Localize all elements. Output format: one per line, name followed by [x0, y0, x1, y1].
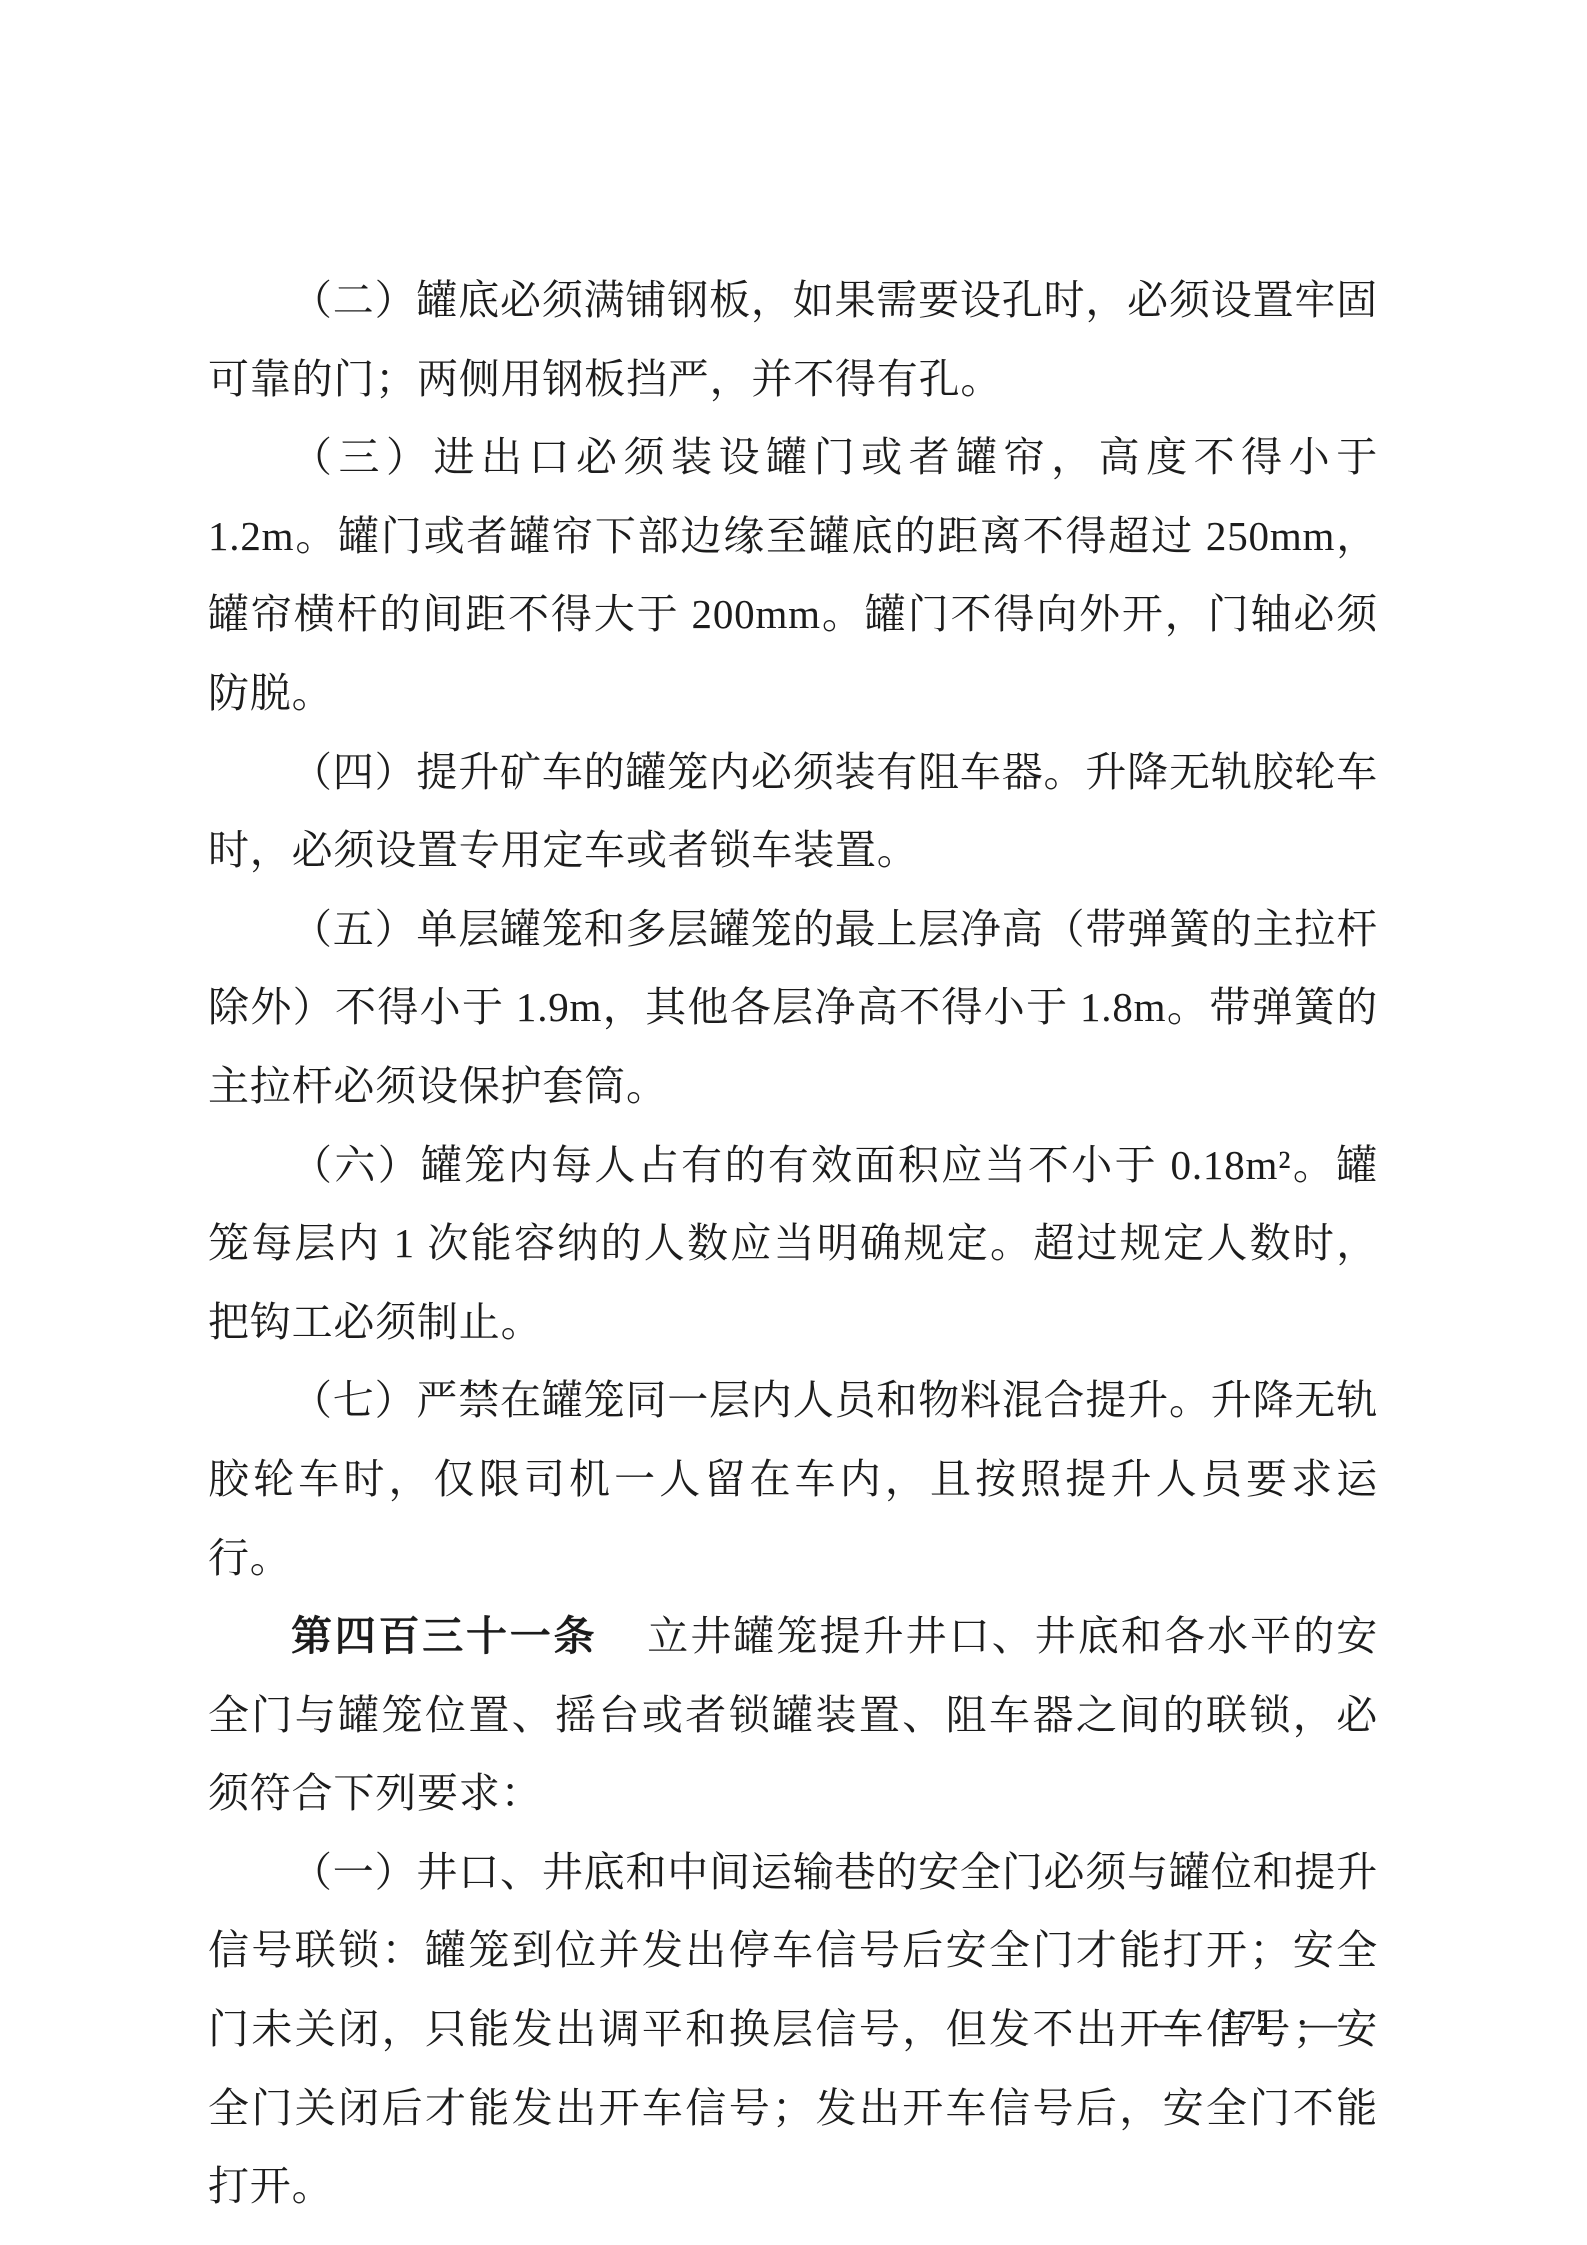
- clause-text: （六）罐笼内每人占有的有效面积应当不小于 0.18m²。罐笼每层内 1 次能容纳…: [208, 1142, 1378, 1345]
- footer-left-dash: —: [1157, 2002, 1193, 2044]
- document-page: （二）罐底必须满铺钢板，如果需要设孔时，必须设置牢固可靠的门；两侧用钢板挡严，并…: [0, 0, 1587, 2245]
- clause-text: （三）进出口必须装设罐门或者罐帘，高度不得小于 1.2m。罐门或者罐帘下部边缘至…: [208, 434, 1378, 716]
- clause-item-4: （四）提升矿车的罐笼内必须装有阻车器。升降无轨胶轮车时，必须设置专用定车或者锁车…: [208, 733, 1378, 890]
- clause-item-2: （二）罐底必须满铺钢板，如果需要设孔时，必须设置牢固可靠的门；两侧用钢板挡严，并…: [208, 261, 1378, 418]
- clause-text: （二）罐底必须满铺钢板，如果需要设孔时，必须设置牢固可靠的门；两侧用钢板挡严，并…: [208, 277, 1378, 402]
- clause-text: （五）单层罐笼和多层罐笼的最上层净高（带弹簧的主拉杆除外）不得小于 1.9m，其…: [208, 906, 1378, 1109]
- clause-item-3: （三）进出口必须装设罐门或者罐帘，高度不得小于 1.2m。罐门或者罐帘下部边缘至…: [208, 418, 1378, 732]
- page-number: 171: [1220, 2002, 1274, 2044]
- clause-item-7: （七）严禁在罐笼同一层内人员和物料混合提升。升降无轨胶轮车时，仅限司机一人留在车…: [208, 1361, 1378, 1597]
- clause-text: （七）严禁在罐笼同一层内人员和物料混合提升。升降无轨胶轮车时，仅限司机一人留在车…: [208, 1377, 1378, 1580]
- clause-item-6: （六）罐笼内每人占有的有效面积应当不小于 0.18m²。罐笼每层内 1 次能容纳…: [208, 1126, 1378, 1362]
- clause-item-5: （五）单层罐笼和多层罐笼的最上层净高（带弹簧的主拉杆除外）不得小于 1.9m，其…: [208, 890, 1378, 1126]
- clause-text: （四）提升矿车的罐笼内必须装有阻车器。升降无轨胶轮车时，必须设置专用定车或者锁车…: [208, 749, 1378, 874]
- document-body: （二）罐底必须满铺钢板，如果需要设孔时，必须设置牢固可靠的门；两侧用钢板挡严，并…: [208, 261, 1378, 2226]
- article-431-paragraph: 第四百三十一条立井罐笼提升井口、井底和各水平的安全门与罐笼位置、摇台或者锁罐装置…: [208, 1597, 1378, 1833]
- page-footer: — 171 —: [1157, 2002, 1337, 2044]
- article-number-label: 第四百三十一条: [291, 1613, 597, 1659]
- footer-right-dash: —: [1301, 2002, 1337, 2044]
